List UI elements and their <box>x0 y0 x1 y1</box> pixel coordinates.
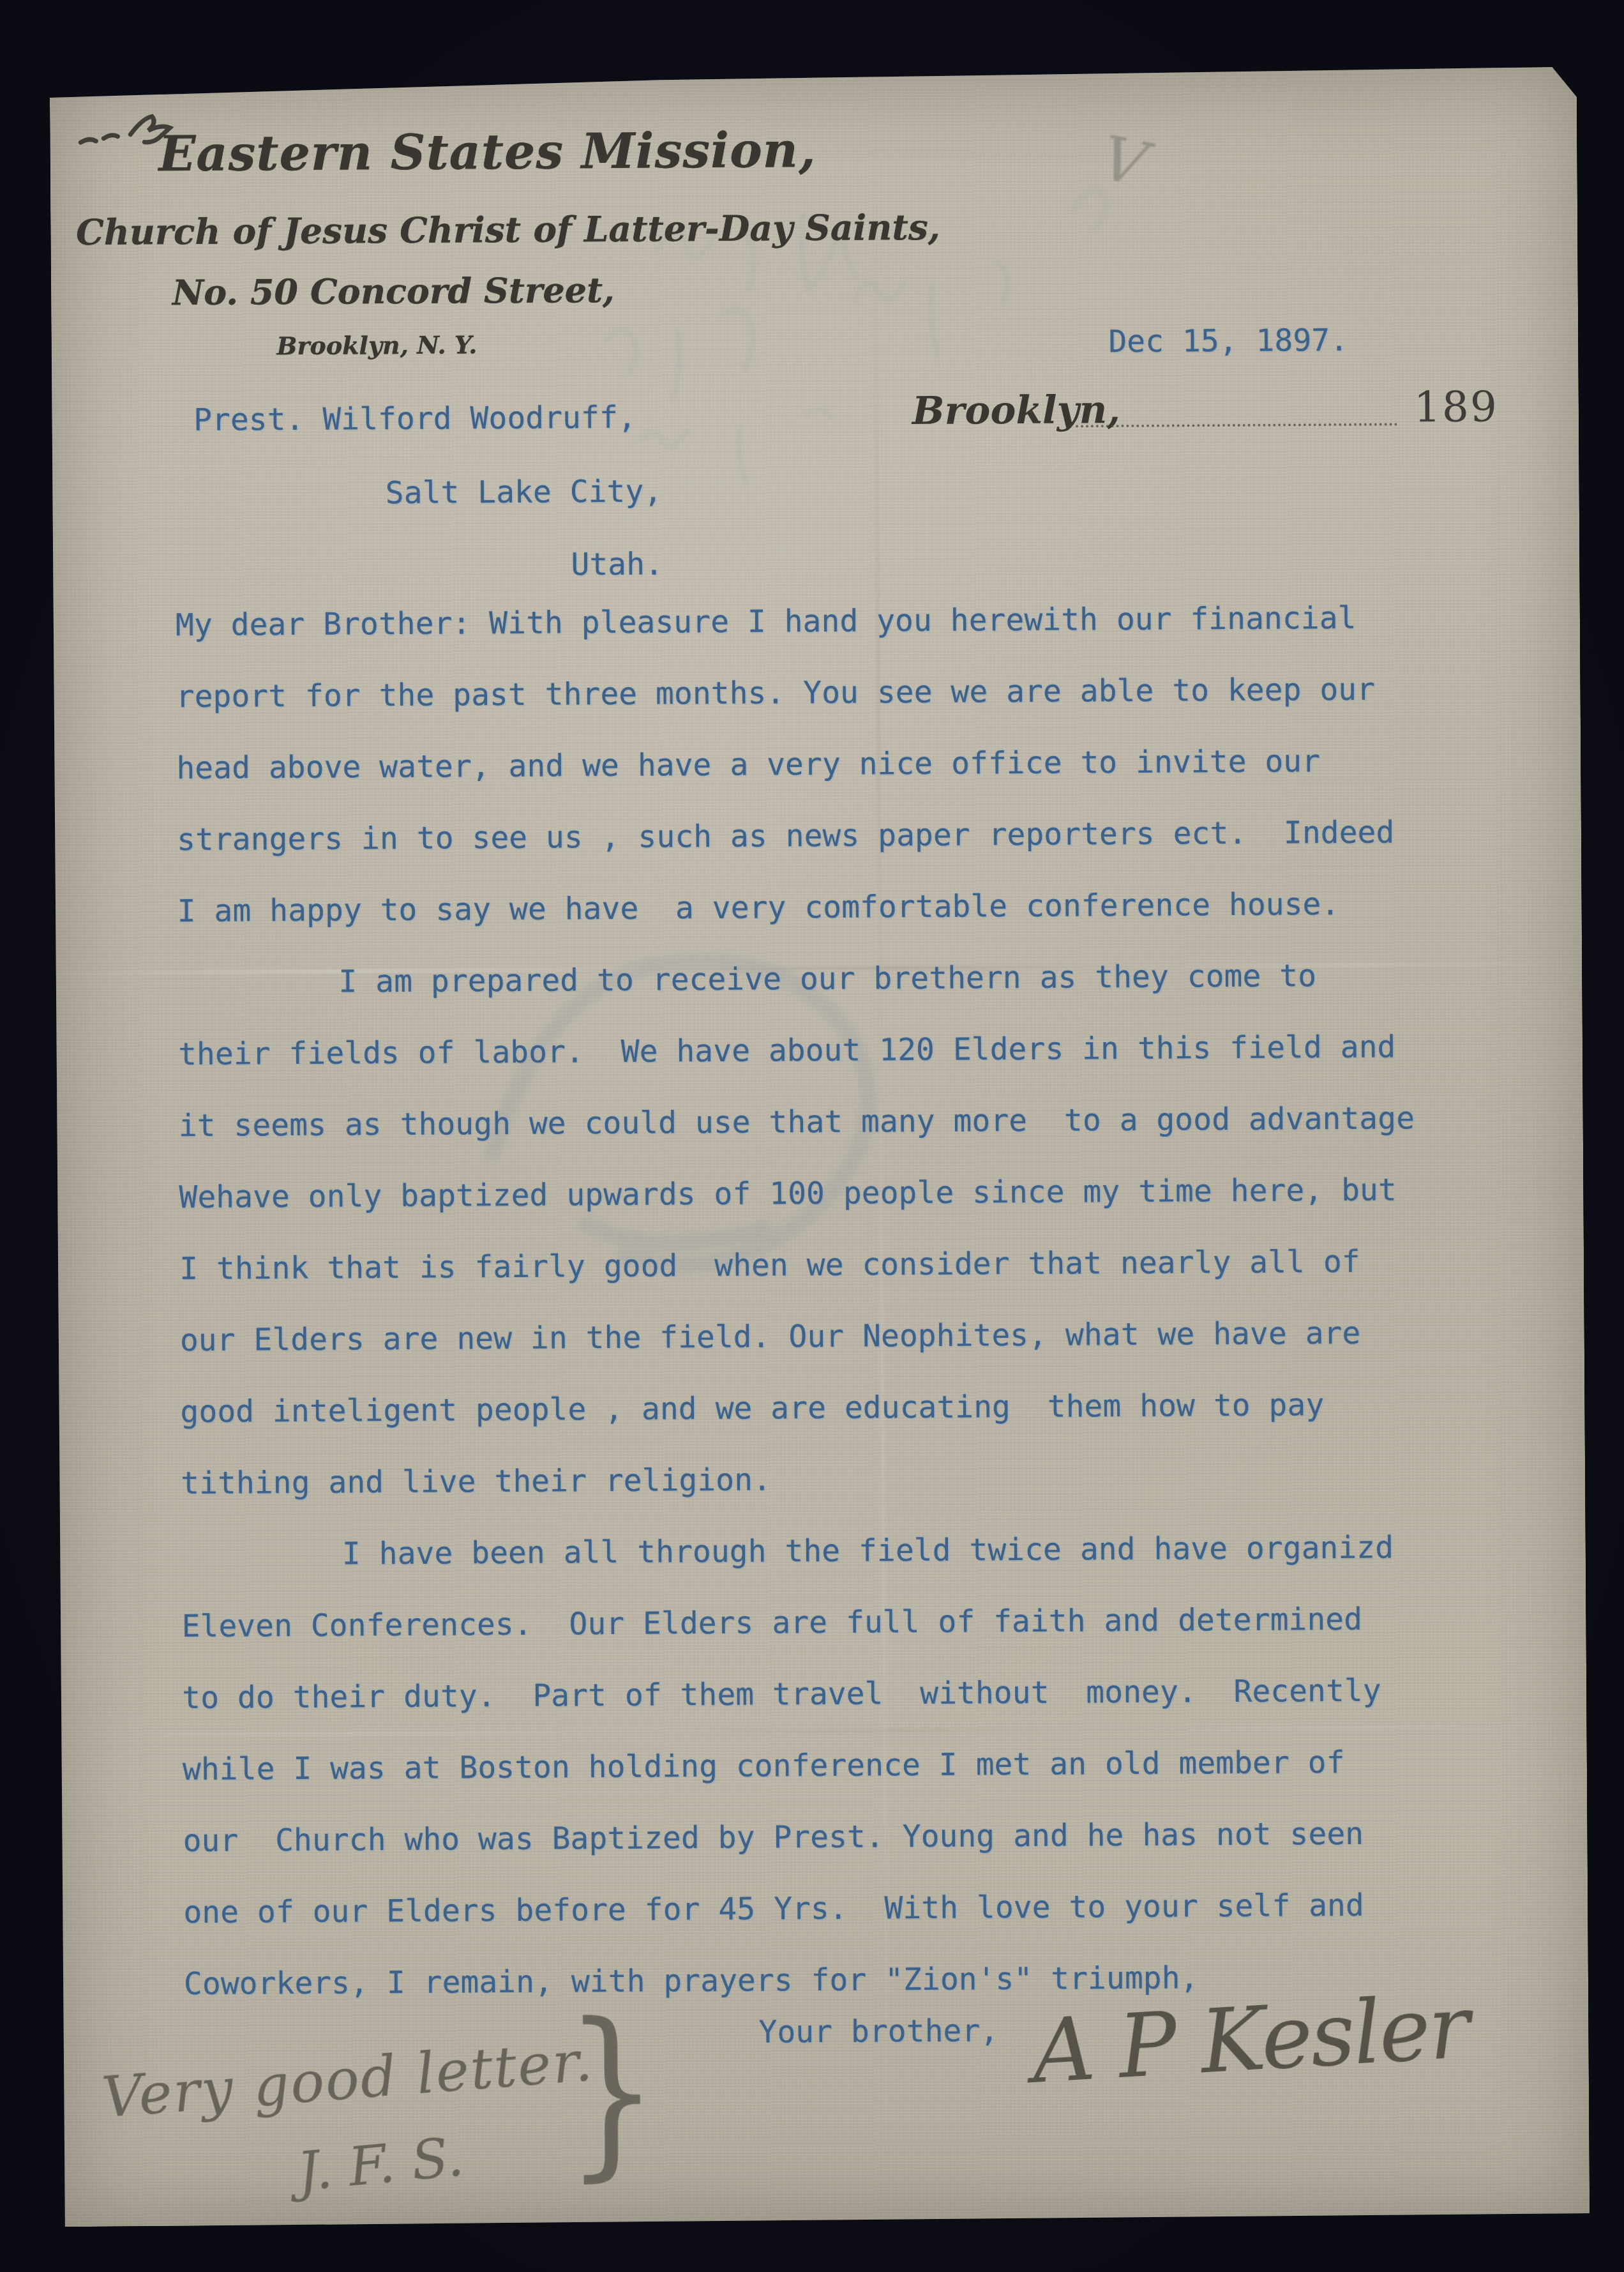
body-line: our Church who was Baptized by Prest. Yo… <box>183 1816 1364 1859</box>
body-line: one of our Elders before for 45 Yrs. Wit… <box>183 1888 1364 1930</box>
body-line: tithing and live their religion. <box>181 1462 771 1501</box>
body-line: report for the past three months. You se… <box>176 672 1376 715</box>
body-line: strangers in to see us , such as news pa… <box>177 814 1395 858</box>
body-line: I am happy to say we have a very comfort… <box>177 886 1340 929</box>
body-line: I am prepared to receive our brethern as… <box>177 958 1316 1001</box>
body-line: it seems as though we could use that man… <box>179 1100 1415 1144</box>
body-line: head above water, and we have a very nic… <box>176 743 1320 786</box>
letterhead-church-name: Church of Jesus Christ of Latter-Day Sai… <box>76 208 733 253</box>
pencil-initials: J. F. S. <box>295 2125 466 2203</box>
dateline-dotted-rule <box>1076 423 1397 427</box>
body-line: their fields of labor. We have about 120… <box>178 1029 1396 1072</box>
body-line: My dear Brother: With pleasure I hand yo… <box>176 600 1357 643</box>
horizontal-fold-crease <box>60 1725 1587 1738</box>
dateline-year-prefix: 189 <box>1414 382 1498 432</box>
body-line: Eleven Conferences. Our Elders are full … <box>181 1602 1362 1644</box>
scan-background: V Eastern States Mission, Church of Jesu… <box>0 0 1624 2272</box>
typed-date: Dec 15, 1897. <box>1108 322 1348 360</box>
body-line: while I was at Boston holding conference… <box>183 1745 1345 1787</box>
body-line: good inteligent people , and we are educ… <box>180 1387 1324 1430</box>
pencil-brace: } <box>564 1985 659 2199</box>
printed-dateline: Brooklyn, 189 <box>912 372 1499 434</box>
addressee-city: Salt Lake City, <box>386 473 663 511</box>
pencil-note: Very good letter. <box>100 2027 596 2130</box>
body-line: Coworkers, I remain, with prayers for "Z… <box>184 1960 1199 2002</box>
body-line: our Elders are new in the field. Our Neo… <box>180 1315 1361 1358</box>
letter-page: V Eastern States Mission, Church of Jesu… <box>50 67 1590 2227</box>
addressee-state: Utah. <box>571 546 663 582</box>
letterhead-street-address: No. 50 Concord Street, <box>172 270 555 314</box>
letterhead-city: Brooklyn, N. Y. <box>268 330 485 360</box>
closing-salutation: Your brother, <box>758 2013 998 2050</box>
letterhead-mission-name: Eastern States Mission, <box>158 123 644 183</box>
body-line: I think that is fairly good when we cons… <box>179 1244 1360 1287</box>
body-line: Wehave only baptized upwards of 100 peop… <box>179 1172 1397 1215</box>
body-line: to do their duty. Part of them travel wi… <box>182 1673 1381 1716</box>
addressee-name: Prest. Wilford Woodruff, <box>193 400 636 438</box>
body-line: I have been all through the field twice … <box>181 1530 1394 1573</box>
